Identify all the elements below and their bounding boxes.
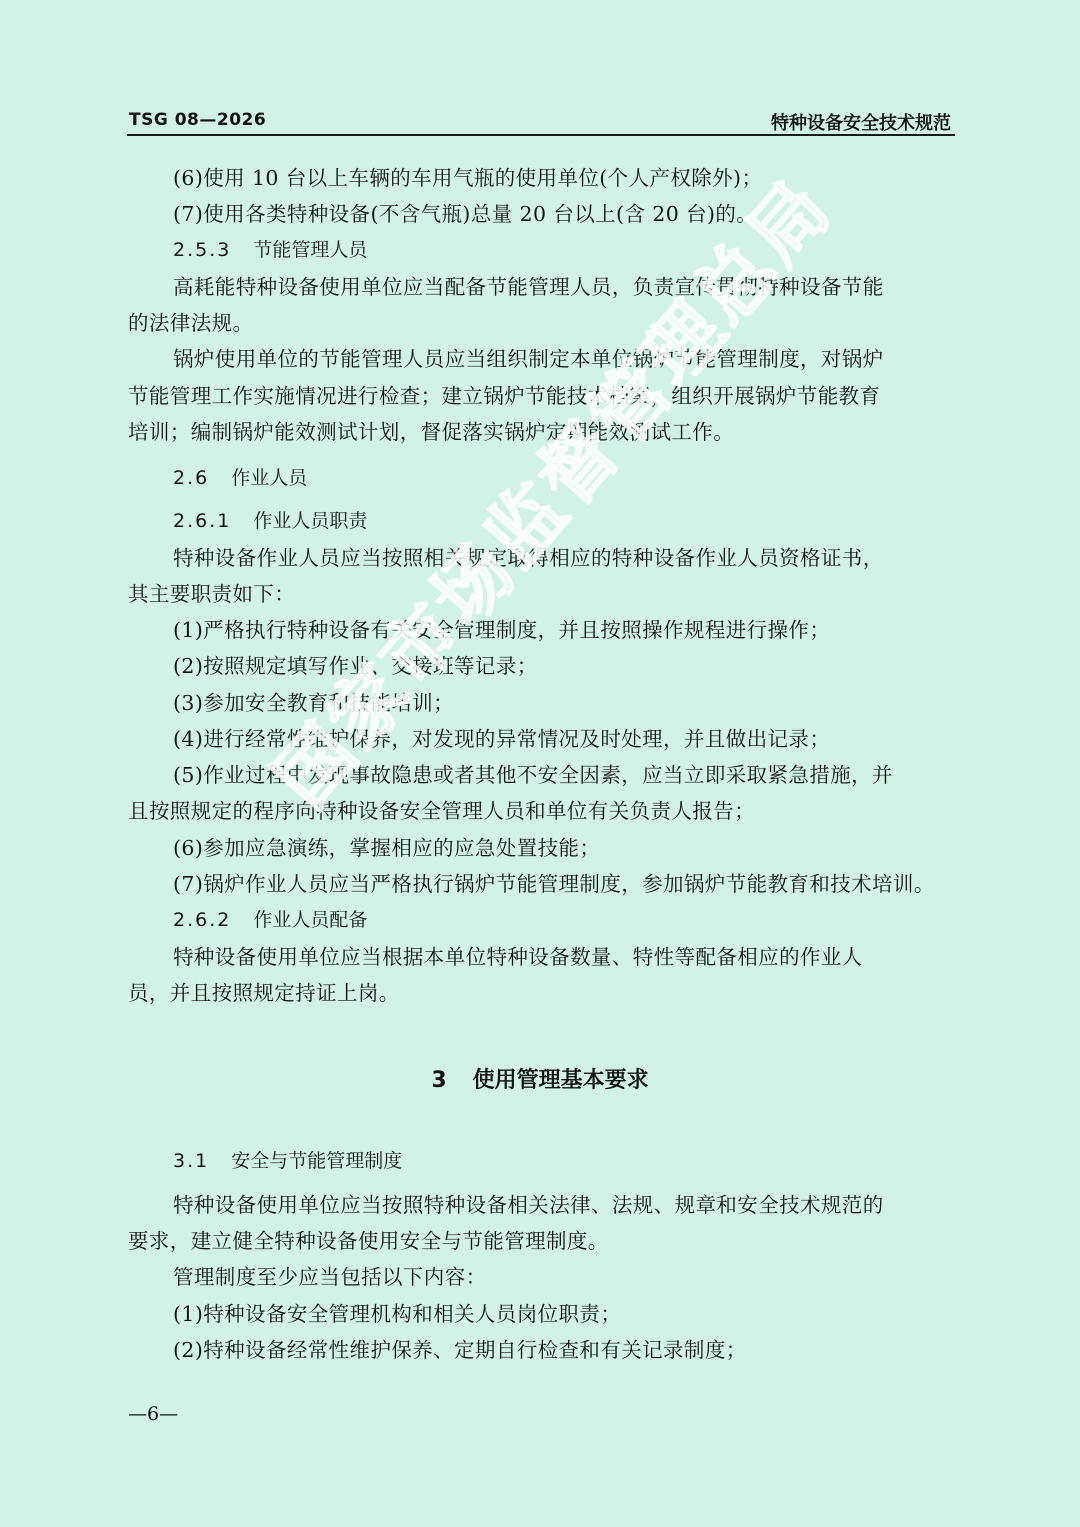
section-number: 3.1 <box>173 1144 209 1178</box>
section-title: 安全与节能管理制度 <box>231 1150 402 1172</box>
paragraph-line: 特种设备作业人员应当按照相关规定取得相应的特种设备作业人员资格证书， <box>128 540 952 576</box>
section-title: 作业人员职责 <box>253 510 367 532</box>
paragraph-line: 特种设备使用单位应当根据本单位特种设备数量、特性等配备相应的作业人 <box>128 939 952 975</box>
paragraph-line: 培训；编制锅炉能效测试计划，督促落实锅炉定期能效测试工作。 <box>128 414 952 450</box>
paragraph-line: 节能管理工作实施情况进行检查；建立锅炉节能技术档案，组织开展锅炉节能教育 <box>128 378 952 414</box>
section-title: 节能管理人员 <box>253 239 367 261</box>
list-item: (6)使用 10 台以上车辆的车用气瓶的使用单位(个人产权除外)； <box>128 160 952 196</box>
section-heading-2-5-3: 2.5.3节能管理人员 <box>173 233 367 267</box>
list-item: (4)进行经常性维护保养，对发现的异常情况及时处理，并且做出记录； <box>128 721 952 757</box>
paragraph-line: 管理制度至少应当包括以下内容： <box>128 1259 952 1295</box>
page-number: —6— <box>128 1402 178 1426</box>
section-number: 2.5.3 <box>173 233 231 267</box>
page-header: TSG 08—2026 特种设备安全技术规范 <box>127 108 955 136</box>
list-item: (1)严格执行特种设备有关安全管理制度，并且按照操作规程进行操作； <box>128 612 952 648</box>
paragraph-line: 员，并且按照规定持证上岗。 <box>128 975 952 1011</box>
list-item: (6)参加应急演练，掌握相应的应急处置技能； <box>128 830 952 866</box>
paragraph-line: 的法律法规。 <box>128 305 952 341</box>
list-item: (1)特种设备安全管理机构和相关人员岗位职责； <box>128 1296 952 1332</box>
chapter-title: 使用管理基本要求 <box>473 1068 649 1093</box>
section-number: 2.6 <box>173 461 209 495</box>
section-heading-2-6: 2.6作业人员 <box>173 461 307 495</box>
section-heading-2-6-2: 2.6.2作业人员配备 <box>173 903 367 937</box>
list-item: (7)锅炉作业人员应当严格执行锅炉节能管理制度，参加锅炉节能教育和技术培训。 <box>128 866 952 902</box>
section-title: 作业人员 <box>231 467 307 489</box>
list-item: (5)作业过程中发现事故隐患或者其他不安全因素，应当立即采取紧急措施，并 <box>128 757 952 793</box>
paragraph-line: 其主要职责如下： <box>128 576 952 612</box>
list-item: (2)特种设备经常性维护保养、定期自行检查和有关记录制度； <box>128 1332 952 1368</box>
section-number: 2.6.1 <box>173 504 231 538</box>
paragraph-line: 高耗能特种设备使用单位应当配备节能管理人员，负责宣传贯彻特种设备节能 <box>128 269 952 305</box>
list-item: (2)按照规定填写作业、交接班等记录； <box>128 648 952 684</box>
series-title: 特种设备安全技术规范 <box>771 109 951 135</box>
section-number: 2.6.2 <box>173 903 231 937</box>
chapter-number: 3 <box>431 1068 446 1093</box>
paragraph-line: 锅炉使用单位的节能管理人员应当组织制定本单位锅炉节能管理制度，对锅炉 <box>128 341 952 377</box>
standard-code: TSG 08—2026 <box>129 110 266 130</box>
paragraph-line: 要求，建立健全特种设备使用安全与节能管理制度。 <box>128 1223 952 1259</box>
paragraph-line: 特种设备使用单位应当按照特种设备相关法律、法规、规章和安全技术规范的 <box>128 1187 952 1223</box>
chapter-heading-3: 3使用管理基本要求 <box>0 1064 1080 1098</box>
list-item: (3)参加安全教育和技能培训； <box>128 685 952 721</box>
section-title: 作业人员配备 <box>253 909 367 931</box>
section-heading-2-6-1: 2.6.1作业人员职责 <box>173 504 367 538</box>
section-heading-3-1: 3.1安全与节能管理制度 <box>173 1144 402 1178</box>
list-item-continuation: 且按照规定的程序向特种设备安全管理人员和单位有关负责人报告； <box>128 793 952 829</box>
list-item: (7)使用各类特种设备(不含气瓶)总量 20 台以上(含 20 台)的。 <box>128 196 952 232</box>
